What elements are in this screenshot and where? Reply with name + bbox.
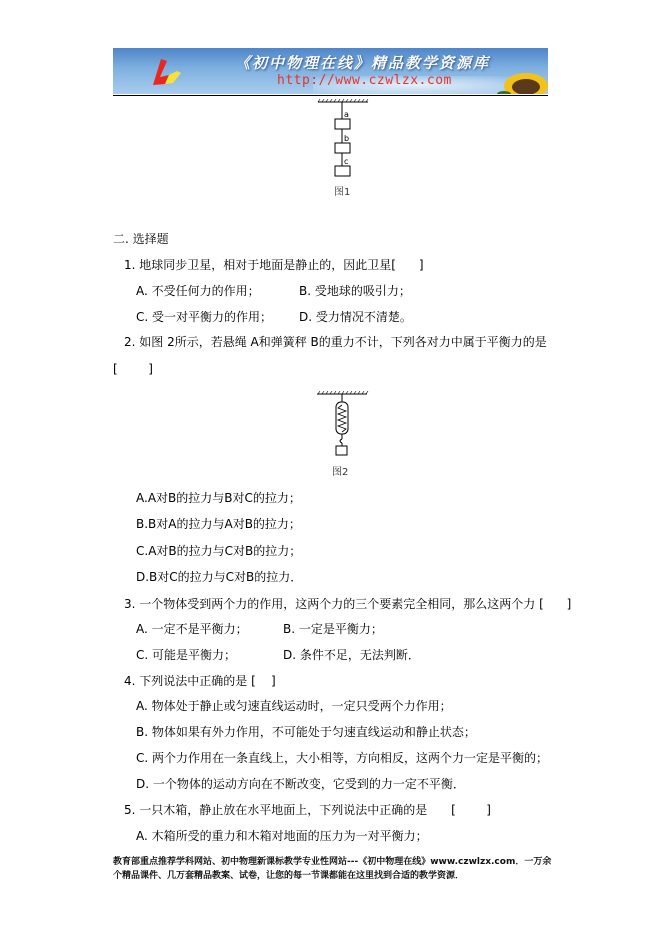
question-4-stem: 4. 下列说法中正确的是 [ ] — [124, 674, 276, 688]
question-4-option-a: A. 物体处于静止或匀速直线运动时，一定只受两个力作用； — [136, 699, 452, 713]
question-3-option-d: D. 条件不足，无法判断． — [283, 648, 420, 662]
figure-1-caption: 图1 — [334, 183, 350, 198]
question-3-option-b: B. 一定是平衡力； — [283, 622, 383, 636]
question-3-option-a: A. 一定不是平衡力； — [136, 622, 248, 636]
svg-text:a: a — [344, 110, 349, 119]
question-2-answer-bracket: [ ] — [113, 362, 153, 376]
question-4-option-b: B. 物体如果有外力作用，不可能处于匀速直线运动和静止状态； — [136, 725, 476, 739]
question-1-option-a: A. 不受任何力的作用； — [136, 284, 260, 298]
banner-url: http://www.czwlzx.com — [277, 73, 452, 88]
question-3-option-c: C. 可能是平衡力； — [136, 648, 236, 662]
sunflower-icon — [496, 66, 548, 94]
figure-1-hanging-blocks: a b c — [315, 98, 375, 178]
question-2-stem: 2. 如图 2所示，若悬绳 A和弹簧秤 B的重力不计，下列各对力中属于平衡力的是 — [124, 335, 547, 349]
svg-text:b: b — [344, 134, 349, 143]
question-5-stem: 5. 一只木箱，静止放在水平地面上，下列说法中正确的是 [ ] — [124, 803, 491, 817]
question-2-option-b: B.B对A的拉力与A对B的拉力； — [136, 517, 301, 531]
document-page: 《初中物理在线》精品教学资源库 http://www.czwlzx.com a … — [0, 0, 661, 936]
question-1-option-b: B. 受地球的吸引力； — [299, 284, 411, 298]
question-4-option-c: C. 两个力作用在一条直线上，大小相等，方向相反，这两个力一定是平衡的； — [136, 751, 548, 765]
site-banner: 《初中物理在线》精品教学资源库 http://www.czwlzx.com — [113, 48, 548, 94]
section-heading: 二. 选择题 — [113, 232, 169, 246]
banner-title: 《初中物理在线》精品教学资源库 — [235, 52, 490, 73]
figure-2-caption: 图2 — [332, 463, 348, 478]
banner-divider — [113, 95, 548, 96]
svg-text:c: c — [344, 157, 348, 166]
question-1-option-d: D. 受力情况不清楚。 — [299, 310, 412, 324]
footer-line-2: 个精品课件、几万套精品教案、试卷，让您的每一节课都能在这里找到合适的教学资源． — [113, 869, 553, 883]
question-1-option-c: C. 受一对平衡力的作用； — [136, 310, 272, 324]
question-5-option-a: A. 木箱所受的重力和木箱对地面的压力为一对平衡力； — [136, 829, 428, 843]
question-2-option-c: C.A对B的拉力与C对B的拉力； — [136, 544, 301, 558]
question-4-option-d: D. 一个物体的运动方向在不断改变，它受到的力一定不平衡． — [136, 777, 465, 791]
page-footer: 教育部重点推荐学科网站、初中物理新课标教学专业性网站---《初中物理在线》www… — [113, 855, 553, 883]
question-1-stem: 1. 地球同步卫星，相对于地面是静止的，因此卫星[ ] — [124, 258, 424, 272]
site-logo-icon — [147, 57, 187, 87]
figure-2-spring-scale — [316, 389, 372, 457]
footer-line-1: 教育部重点推荐学科网站、初中物理新课标教学专业性网站---《初中物理在线》www… — [113, 855, 553, 869]
question-2-option-d: D.B对C的拉力与C对B的拉力． — [136, 570, 302, 584]
question-2-option-a: A.A对B的拉力与B对C的拉力； — [136, 491, 301, 505]
question-3-stem: 3. 一个物体受到两个力的作用，这两个力的三个要素完全相同，那么这两个力 [ ] — [124, 597, 571, 611]
